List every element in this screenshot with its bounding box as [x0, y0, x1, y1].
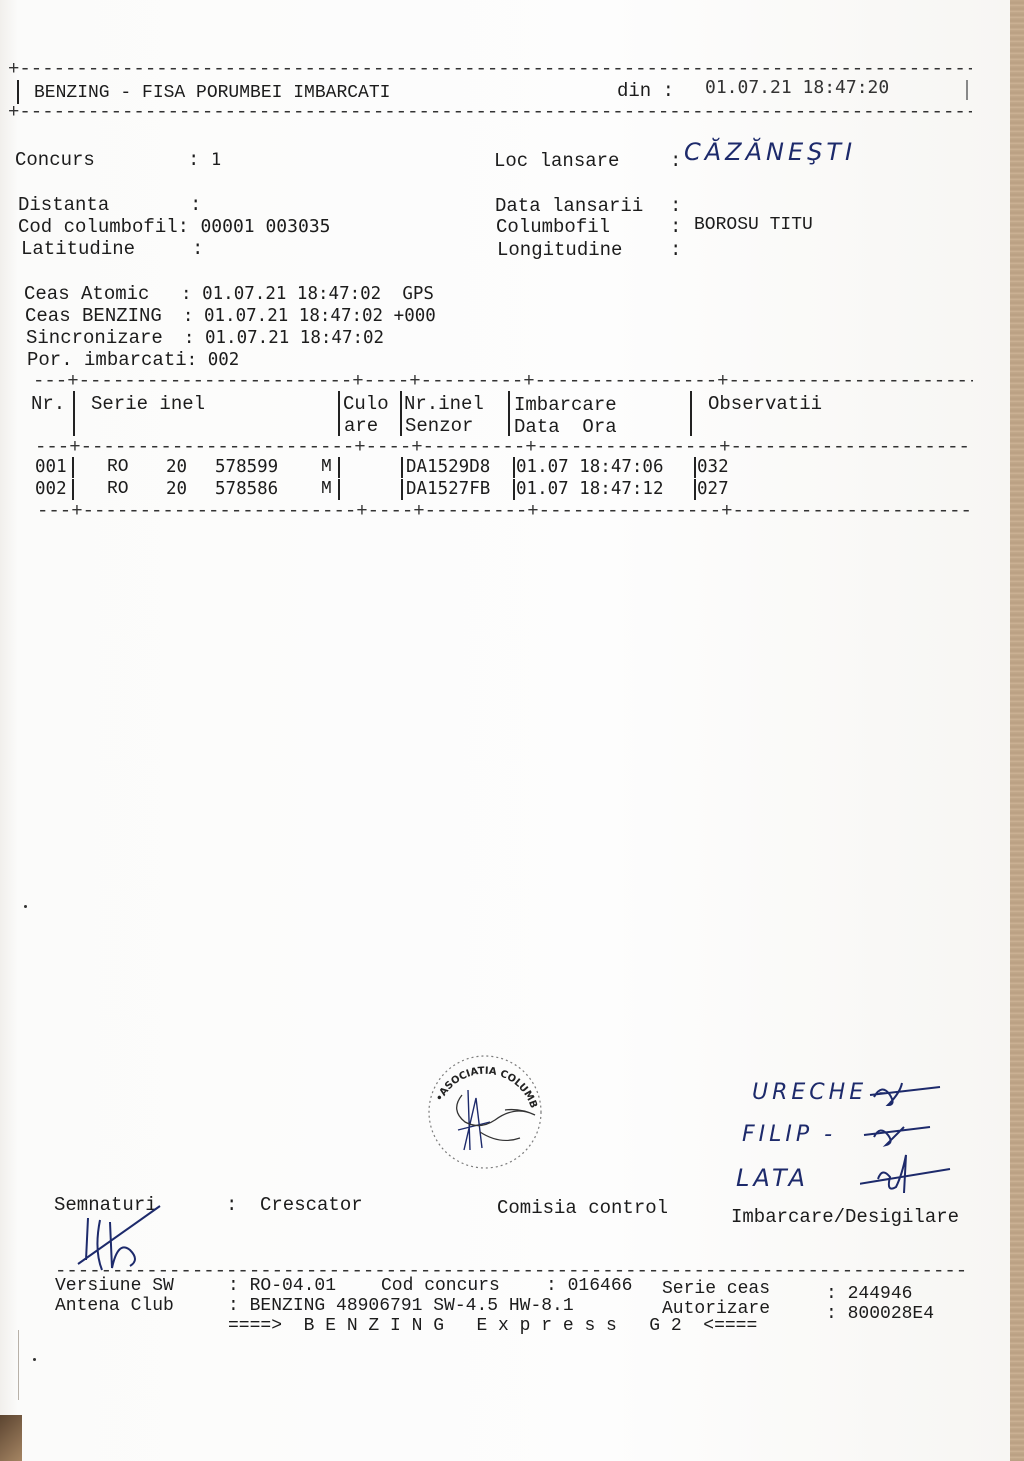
ceas-atomic-label: Ceas Atomic	[24, 283, 149, 305]
antena-club-value: BENZING 48906791 SW-4.5 HW-8.1	[250, 1296, 574, 1316]
cod-concurs-label: Cod concurs	[381, 1275, 500, 1297]
autorizare-row: : 800028E4	[826, 1303, 934, 1325]
versiune-sw-value: RO-04.01	[250, 1276, 336, 1296]
columbofil-value: BOROSU TITU	[694, 214, 813, 236]
versiune-sw-label: Versiune SW	[55, 1275, 174, 1297]
row-ring-number: 578586	[215, 478, 278, 500]
row-divider	[338, 457, 340, 478]
handwritten-name-2: FILIP -	[742, 1122, 836, 1147]
row-sex: M	[321, 456, 332, 478]
row-year: 20	[166, 478, 187, 500]
table-divider-serie	[338, 391, 340, 436]
crescator-label: Crescator	[260, 1194, 363, 1216]
header-border-bottom: +---------------------------------------…	[8, 101, 972, 123]
fold-shadow	[18, 1330, 19, 1400]
print-speck	[33, 1358, 36, 1361]
print-speck	[24, 905, 27, 908]
por-imbarcati-row: Por. imbarcati: 002	[27, 349, 239, 371]
sincronizare-value: 01.07.21 18:47:02	[205, 328, 384, 348]
row-divider	[338, 479, 340, 500]
loc-lansare-handwritten: CĂZĂNEŞTI	[684, 138, 856, 166]
row-imbarcare-datetime: 01.07 18:47:06	[516, 456, 664, 478]
table-border-header: ---+------------------------+----+------…	[35, 436, 971, 458]
row-divider	[72, 457, 74, 478]
imbarcare-desigilare-label: Imbarcare/Desigilare	[731, 1206, 959, 1228]
header-date-label: din :	[617, 80, 674, 102]
row-divider	[694, 457, 696, 478]
table-divider-nr	[73, 391, 75, 436]
col-header-nr-inel-1: Nr.inel	[404, 393, 484, 415]
ceas-benzing-suffix: +000	[394, 306, 436, 326]
row-divider	[513, 479, 515, 500]
row-country: RO	[107, 478, 129, 500]
header-date: 01.07.21 18:47:20	[705, 77, 889, 99]
row-senzor: DA1529D8	[406, 456, 490, 478]
longitudine-colon: :	[670, 239, 681, 261]
serie-ceas-value: 244946	[848, 1284, 913, 1304]
loc-lansare-colon: :	[670, 150, 681, 172]
cod-concurs-row: : 016466	[546, 1275, 632, 1297]
antena-club-label: Antena Club	[55, 1295, 174, 1317]
ceas-atomic-suffix: GPS	[402, 284, 434, 304]
benzing-express-banner: ====> B E N Z I N G E x p r e s s G 2 <=…	[228, 1315, 757, 1337]
handwritten-name-3: LATA	[736, 1164, 809, 1192]
row-senzor: DA1527FB	[406, 478, 490, 500]
cod-columbofil-label-text: Cod columbofil	[18, 216, 178, 238]
latitudine-colon: :	[192, 238, 203, 260]
latitudine-label: Latitudine	[21, 238, 135, 260]
serie-ceas-row: : 244946	[826, 1283, 912, 1305]
row-divider	[72, 479, 74, 500]
col-header-culoare-1: Culo	[343, 393, 389, 415]
concurs-value: 1	[211, 149, 221, 171]
row-divider	[401, 479, 403, 500]
concurs-label: Concurs	[15, 149, 95, 171]
row-ring-number: 578599	[215, 456, 278, 478]
row-observatii: 027	[697, 478, 729, 500]
sincronizare-label: Sincronizare	[26, 327, 163, 349]
cod-concurs-value: 016466	[568, 1276, 633, 1296]
comisia-control-label: Comisia control	[497, 1197, 668, 1219]
loc-lansare-label: Loc lansare	[494, 150, 619, 172]
antena-club-row: : BENZING 48906791 SW-4.5 HW-8.1	[228, 1295, 574, 1317]
row-observatii: 032	[697, 456, 729, 478]
background-corner	[0, 1415, 22, 1461]
semnaturi-colon: :	[226, 1194, 237, 1216]
autorizare-value: 800028E4	[848, 1304, 934, 1324]
table-border-bottom: ---+------------------------+----+------…	[37, 500, 971, 522]
row-divider	[401, 457, 403, 478]
cod-columbofil-value: 00001 003035	[200, 216, 330, 237]
table-border-top: ---+------------------------+----+------…	[33, 370, 973, 392]
row-divider	[513, 457, 515, 478]
table-divider-senzor	[508, 391, 510, 436]
cod-columbofil-label: Cod columbofil: 00001 003035	[18, 216, 331, 238]
ceas-atomic-value: 01.07.21 18:47:02	[202, 284, 381, 304]
distanta-colon: :	[190, 194, 201, 216]
ceas-benzing-value: 01.07.21 18:47:02	[204, 306, 383, 326]
col-header-observatii: Observatii	[708, 393, 822, 415]
col-header-serie-inel: Serie inel	[91, 393, 205, 415]
serie-ceas-label: Serie ceas	[662, 1278, 770, 1300]
footer-divider: ----------------------------------------…	[55, 1260, 967, 1282]
longitudine-label: Longitudine	[497, 239, 622, 261]
concurs-colon: :	[188, 149, 211, 171]
columbofil-colon: :	[670, 216, 681, 238]
ceas-benzing-label: Ceas BENZING	[25, 305, 162, 327]
data-lansarii-label: Data lansarii	[495, 195, 643, 217]
row-sex: M	[321, 478, 332, 500]
svg-text:•ASOCIATIA COLUMBOFILA: •ASOCIATIA COLUMBOFILA	[420, 1050, 539, 1110]
ceas-atomic-row: Ceas Atomic : 01.07.21 18:47:02 GPS	[24, 283, 434, 305]
data-lansarii-colon: :	[670, 195, 681, 217]
row-divider	[694, 479, 696, 500]
col-header-imbarcare-2: Data Ora	[514, 416, 617, 438]
por-imbarcati-label: Por. imbarcati	[27, 349, 187, 371]
por-imbarcati-value: 002	[208, 350, 240, 370]
row-imbarcare-datetime: 01.07 18:47:12	[516, 478, 664, 500]
row-nr: 002	[35, 478, 67, 500]
ceas-benzing-row: Ceas BENZING : 01.07.21 18:47:02 +000	[25, 305, 436, 327]
association-stamp-icon: •ASOCIATIA COLUMBOFILA	[420, 1050, 550, 1175]
commission-signatures	[860, 1075, 960, 1205]
row-year: 20	[166, 456, 187, 478]
versiune-sw-row: : RO-04.01	[228, 1275, 336, 1297]
header-border-right	[966, 80, 968, 100]
distanta-label: Distanta	[18, 194, 109, 216]
sincronizare-row: Sincronizare : 01.07.21 18:47:02	[26, 327, 384, 349]
row-country: RO	[107, 456, 129, 478]
paper-edge	[1010, 0, 1024, 1461]
table-divider-imbarcare	[690, 391, 692, 436]
col-header-nr-inel-2: Senzor	[405, 415, 473, 437]
table-divider-culoare	[400, 391, 402, 436]
col-header-imbarcare-1: Imbarcare	[514, 394, 617, 416]
columbofil-label: Columbofil	[496, 216, 610, 238]
row-nr: 001	[35, 456, 67, 478]
col-header-nr: Nr.	[31, 393, 65, 415]
col-header-culoare-2: are	[344, 415, 378, 437]
